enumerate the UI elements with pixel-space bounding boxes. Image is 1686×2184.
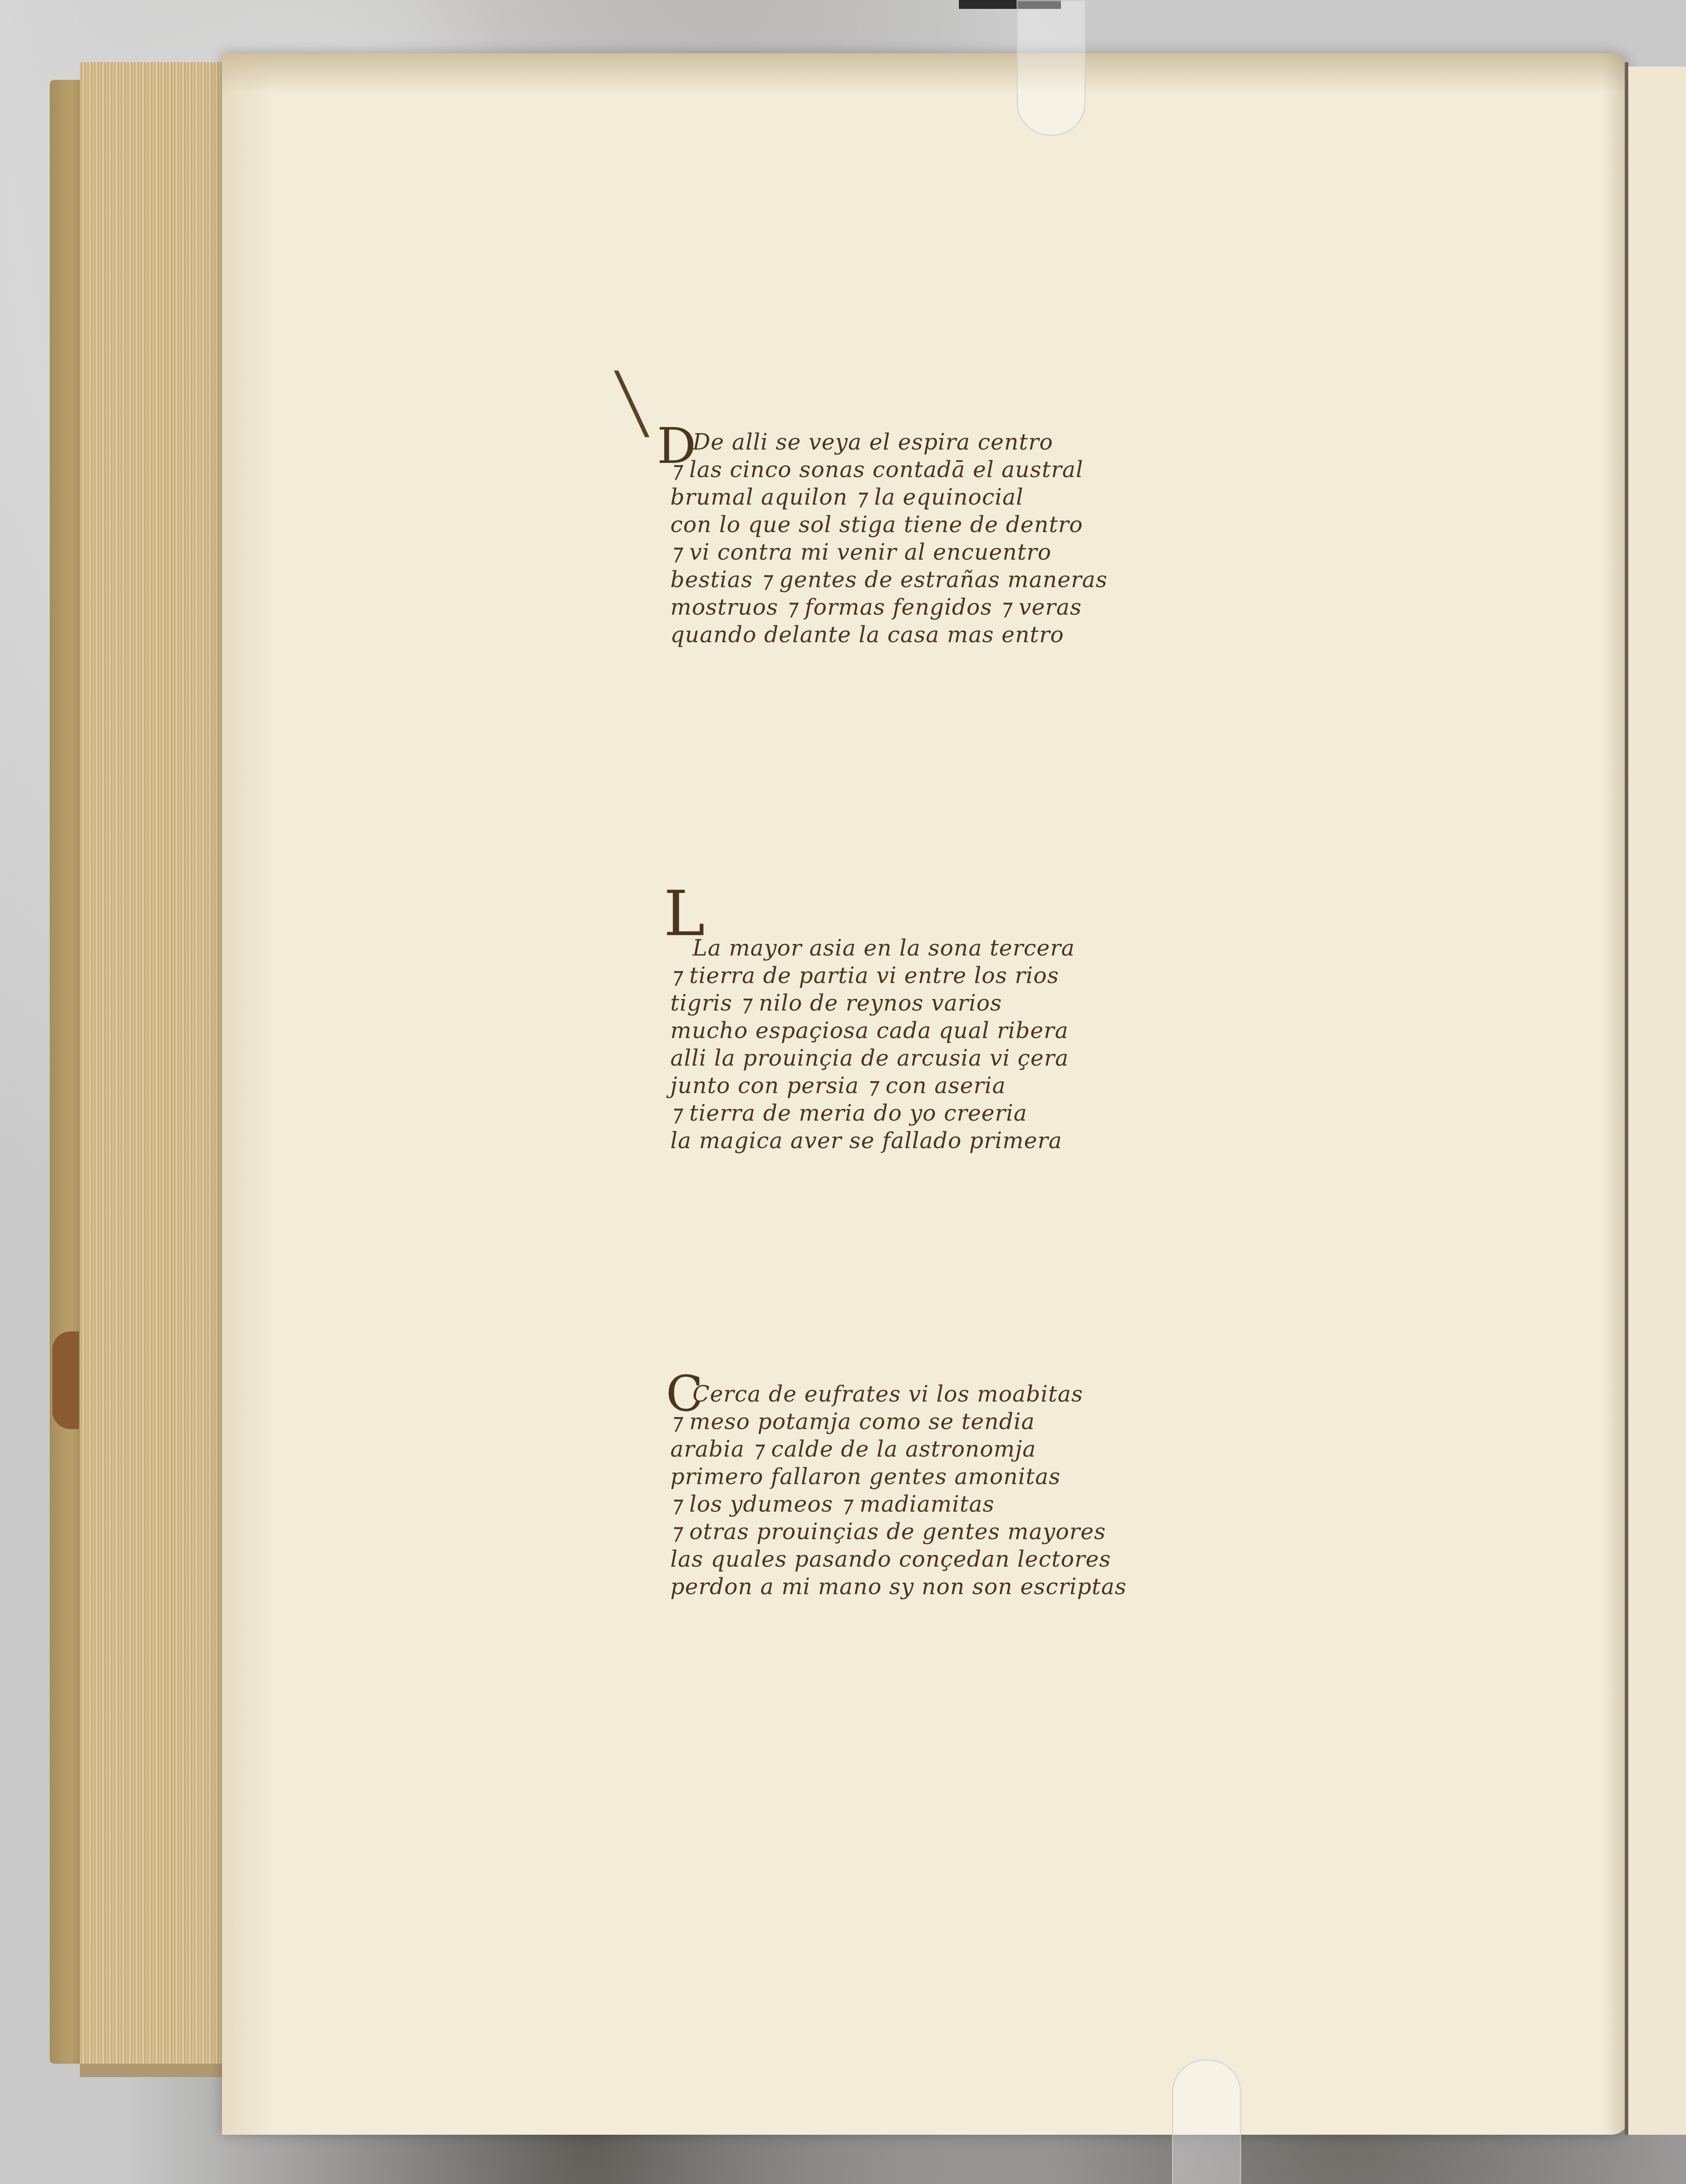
verse-line: brumal aquilon ⁊ la equinocial <box>670 483 1203 511</box>
facing-page <box>1628 67 1686 2135</box>
verse-line: bestias ⁊ gentes de estrañas maneras <box>670 566 1203 593</box>
verse-line: alli la prouinçia de arcusia vi çera <box>670 1044 1203 1072</box>
verse-line: junto con persia ⁊ con aseria <box>670 1072 1203 1099</box>
verse-line: las quales pasando conçedan lectores <box>670 1545 1203 1573</box>
verse-line: ⁊ los ydumeos ⁊ madiamitas <box>670 1490 1203 1518</box>
verse-line: ⁊ tierra de partia vi entre los rios <box>670 962 1203 989</box>
verse-line: arabia ⁊ calde de la astronomja <box>670 1435 1203 1463</box>
verse-line: perdon a mi mano sy non son escriptas <box>670 1573 1203 1600</box>
verse-line: mucho espaçiosa cada qual ribera <box>670 1017 1203 1044</box>
verse-line: Cerca de eufrates vi los moabitas <box>693 1380 1203 1408</box>
verse-line: ⁊ las cinco sonas contadā el austral <box>670 456 1203 483</box>
verse-line: tigris ⁊ nilo de reynos varios <box>670 989 1203 1017</box>
book-gutter <box>1625 62 1628 2135</box>
verse-line: De alli se veya el espira centro <box>693 428 1203 456</box>
stanza-3: Cerca de eufrates vi los moabitas ⁊ meso… <box>670 1380 1203 1600</box>
stanza-2: La mayor asia en la sona tercera ⁊ tierr… <box>670 934 1203 1154</box>
verse-line: La mayor asia en la sona tercera <box>693 934 1203 962</box>
verse-line: primero fallaron gentes amonitas <box>670 1463 1203 1490</box>
verse-line: ⁊ otras prouinçias de gentes mayores <box>670 1518 1203 1545</box>
verse-line: quando delante la casa mas entro <box>670 621 1203 648</box>
page-fore-edge <box>80 62 226 2077</box>
verse-line: ⁊ tierra de meria do yo creeria <box>670 1099 1203 1127</box>
verse-line: mostruos ⁊ formas fengidos ⁊ veras <box>670 593 1203 621</box>
mylar-strap-bottom <box>1172 2059 1241 2184</box>
verse-line: ⁊ meso potamja como se tendia <box>670 1408 1203 1435</box>
book-clasp <box>52 1331 79 1429</box>
verse-line: la magica aver se fallado primera <box>670 1127 1203 1154</box>
verse-line: ⁊ vi contra mi venir al encuentro <box>670 538 1203 566</box>
mylar-strap-top <box>1017 0 1086 136</box>
verse-line: con lo que sol stiga tiene de dentro <box>670 511 1203 538</box>
stanza-1: De alli se veya el espira centro ⁊ las c… <box>670 428 1203 648</box>
